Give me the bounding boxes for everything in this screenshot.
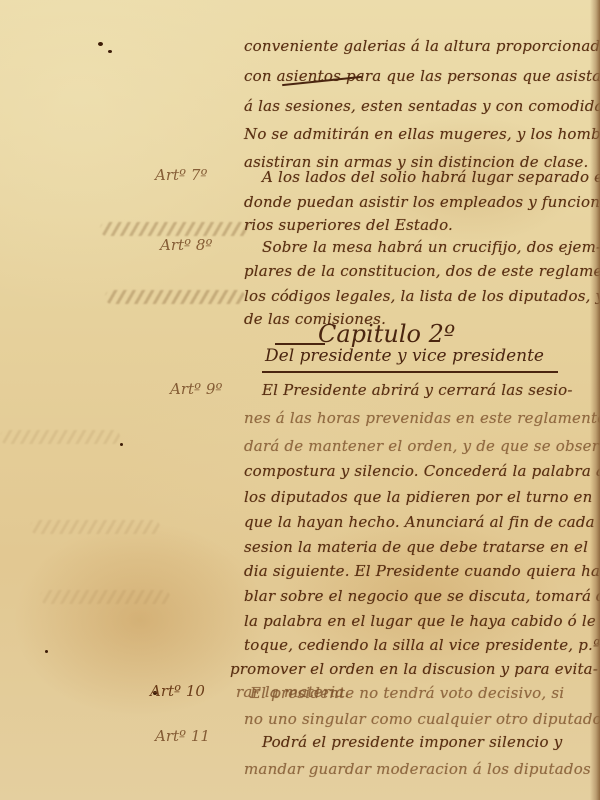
text-line: sesion la materia de que debe tratarse e… [244,538,588,556]
text-line: plares de la constitucion, dos de este r… [244,262,600,280]
text-line: compostura y silencio. Concederá la pala… [244,462,600,480]
text-line: nes á las horas prevenidas en este regla… [244,409,600,427]
ink-speck [108,50,112,53]
page-edge [590,0,600,800]
text-line: los códigos legales, la lista de los dip… [244,287,600,305]
text-line: conveniente galerias á la altura proporc… [244,37,600,55]
text-line: Sobre la mesa habrá un crucifijo, dos ej… [262,238,600,256]
chapter-subtitle-underline [262,371,558,373]
bleed-through-mark [30,520,160,534]
ink-speck [120,443,123,446]
text-line: El Presidente abrirá y cerrará las sesio… [262,381,573,399]
chapter-subtitle: Del presidente y vice presidente [265,346,544,366]
text-line: dia siguiente. El Presidente cuando quie… [244,562,600,580]
bleed-through-mark [105,290,245,304]
manuscript-page: conveniente galerias á la altura proporc… [0,0,600,800]
text-line: que la hayan hecho. Anunciará al fin de … [244,513,595,531]
text-line: á las sesiones, esten sentadas y con com… [244,97,600,115]
text-line: El presidente no tendrá voto decisivo, s… [250,684,564,702]
chapter-rule [275,343,325,345]
chapter-title: Capitulo 2º [318,320,455,348]
text-line: mandar guardar moderacion á los diputado… [244,760,591,778]
text-line: No se admitirán en ellas mugeres, y los … [244,125,600,143]
text-line: toque, cediendo la silla al vice preside… [244,636,600,654]
bleed-through-mark [0,430,120,444]
ink-speck [45,650,48,653]
article-label-7: Artº 7º [155,166,207,184]
text-line: Podrá el presidente imponer silencio y [262,733,562,751]
text-line: A los lados del solio habrá lugar separa… [262,168,600,186]
text-line: no uno singular como cualquier otro dipu… [244,710,600,728]
text-line: los diputados que la pidieren por el tur… [244,488,592,506]
text-line: promover el orden en la discusion y para… [230,660,598,678]
article-label-8: Artº 8º [160,236,212,254]
text-line: rios superiores del Estado. [244,216,453,234]
ink-speck [98,42,103,46]
bleed-through-mark [40,590,170,604]
text-line: la palabra en el lugar que le haya cabid… [244,612,596,630]
text-line: dará de mantener el orden, y de que se o… [244,437,600,455]
text-line: donde puedan asistir los empleados y fun… [244,193,600,211]
article-label-11: Artº 11 [155,727,210,745]
article-label-9: Artº 9º [170,380,222,398]
text-line: blar sobre el negocio que se discuta, to… [244,587,600,605]
article-label-10: Artº 10 [150,682,205,700]
bleed-through-mark [100,222,250,236]
